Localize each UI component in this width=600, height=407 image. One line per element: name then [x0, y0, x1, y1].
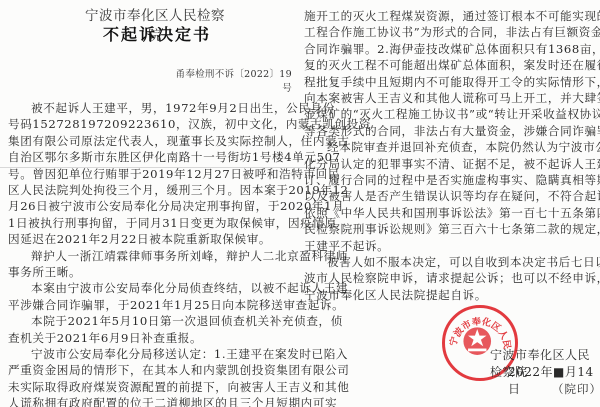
text-line: 等各类形式的合同，非法占有大量资金，涉嫌合同诈骗罪。 — [304, 123, 594, 140]
text-line: 依照《中华人民共和国刑事诉讼法》第一百七十五条第四款、《人 — [304, 205, 594, 222]
text-line: 本案由宁波市公安局奉化分局侦查终结，以被不起诉人王建 — [8, 280, 298, 297]
text-line: 经本院审查并退回补充侦查，本院仍然认为宁波市公安局奉 — [304, 139, 594, 156]
text-line: 号码152728197209223610，汉族，初中文化，内蒙古凯创投资 — [8, 116, 298, 133]
text-line: 合同诈骗罪。2.海伊壶技改煤矿总体面积只有1368亩，后期批 — [304, 41, 594, 58]
text-line: 集团有限公司原法定代表人，现董事长及实际控制人，住内蒙古 — [8, 133, 298, 150]
seal-note: （院印） — [552, 381, 600, 397]
text-line: 施开工的灭火工程煤炭资源，通过签订根本不可能实现的“灭火 — [304, 8, 594, 25]
document-page: 宁波市奉化区人民检察院 不起诉决定书 甬奉检刑不诉〔2022〕19号 被不起诉人… — [0, 0, 600, 407]
text-line: 宁波市奉化区人民法院提起自诉。 — [304, 287, 594, 304]
text-line: 被不起诉人王建平，男，1972年9月2日出生，公民身份 — [8, 100, 298, 117]
text-line: 事务所王晰。 — [8, 264, 298, 281]
text-line: 壶煤矿的“灭火工程施工协议书”或“转让开采收益权协议书” — [304, 106, 594, 123]
text-line: 程批复手续中且短期内不可能取得开工令的实际情形下，王建平 — [304, 74, 594, 91]
text-line: 波市人民检察院申诉，请求提起公诉；也可以不经申诉，直接向 — [304, 270, 594, 287]
text-line: 向本案被害人王吉义和其他人谎称可马上开工，并大肆签订海伊 — [304, 90, 594, 107]
text-line: 订、履行合同的过程中是否实施虚构事实、隐瞒真相等欺骗行为 — [304, 172, 594, 189]
text-line: 平涉嫌合同诈骗罪，于2021年1月25日向本院移送审查起诉。 — [8, 297, 298, 314]
document-number: 甬奉检刑不诉〔2022〕19号 — [172, 66, 292, 94]
text-line: 严重资金困局的情形下，在其本人和内蒙凯创投资集团有限公司 — [8, 362, 298, 379]
text-line: 工程合作施工协议书”为形式的合同，非法占有巨额资金，涉嫌 — [304, 24, 594, 41]
text-line: 以及被害人是否产生错误认识等均存在疑问，不符合起诉条件。 — [304, 188, 594, 205]
text-line: 1日被执行刑事拘留，于同月31日变更为取保候审，因疫情原 — [8, 215, 298, 232]
text-line: 人谎称拥有政府配置的位于二道柳地区的且三个月短期内可实 — [8, 395, 298, 407]
text-line: 自治区鄂尔多斯市东胜区伊化南路十一号街坊1号楼4单元507 — [8, 149, 298, 166]
text-line: 复的灭火工程不可能超出煤矿总体面积，案发时还在履行灭火工 — [304, 57, 594, 74]
text-line: 因延迟在2021年2月22日被本院重新取保候审。 — [8, 231, 298, 248]
text-line: 王建平不起诉。 — [304, 238, 594, 255]
text-line: 月26日被宁波市公安局奉化分局决定刑事拘留，于2020年1月 — [8, 198, 298, 215]
text-line: 查机关于2021年6月9日补查重报。 — [8, 330, 298, 347]
text-line: 民检察院刑事诉讼规则》第三百六十七条第二款的规定，决定对 — [304, 221, 594, 238]
text-line: 本院于2021年5月10日第一次退回侦查机关补充侦查，侦 — [8, 313, 298, 330]
text-line: 未实际取得政府煤炭资源配置的前提下，向被害人王吉义和其他 — [8, 379, 298, 396]
document-title: 不起诉决定书 — [92, 22, 222, 45]
text-line: 宁波市公安局奉化分局移送认定：1.王建平在案发时已陷入 — [8, 346, 298, 363]
text-line: 化分局认定的犯罪事实不清、证据不足，被不起诉人王建平在签 — [304, 156, 594, 173]
text-line: 被害人如不服本决定，可以自收到本决定书后七日以内向宁 — [304, 254, 594, 271]
text-line: 辩护人一浙江靖霖律师事务所刘峰，辩护人二北京盈科律师 — [8, 248, 298, 265]
text-line: 号。曾因犯单位行贿罪于2019年12月27日被呼和浩特市回民 — [8, 166, 298, 183]
text-line: 区人民法院判处拘役三个月，缓刑三个月。因本案于2019年12 — [8, 182, 298, 199]
